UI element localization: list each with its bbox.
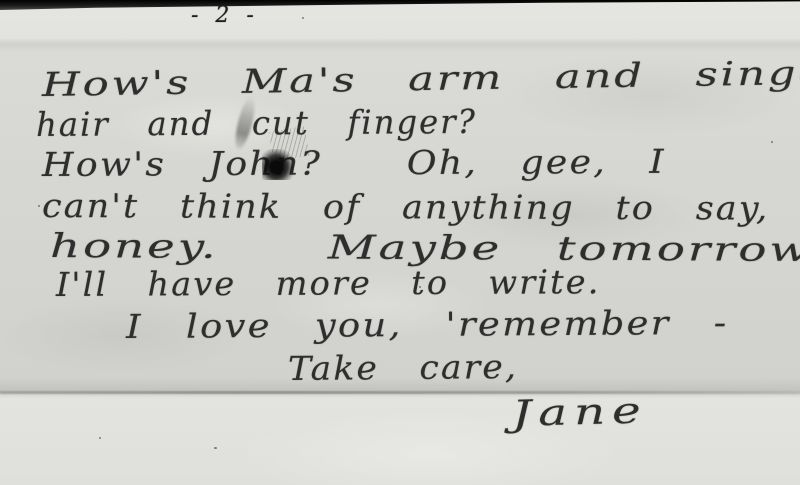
letter-line-1: How's Ma's arm and singed xyxy=(42,53,800,104)
paper-speck xyxy=(214,447,217,449)
paper-speck xyxy=(99,437,101,439)
letter-line-7: I love you, 'remember - xyxy=(126,304,729,346)
fold-crease xyxy=(0,391,800,394)
letter-line-6: I'll have more to write. xyxy=(56,263,601,304)
page-number: - 2 - xyxy=(191,3,259,28)
letter-line-3: How's John? Oh, gee, I xyxy=(42,143,666,184)
letter-line-8: Take care, xyxy=(288,348,518,388)
letter-line-4: can't think of anything to say, xyxy=(42,187,769,227)
paper-speck xyxy=(38,205,40,207)
letter-page: - 2 - How's Ma's arm and singed hair and… xyxy=(0,0,800,485)
signature: Jane xyxy=(511,390,648,435)
scan-edge xyxy=(0,0,800,10)
letter-line-2: hair and cut finger? xyxy=(36,103,477,144)
paper-speck xyxy=(302,17,304,19)
ink-blot xyxy=(262,149,294,180)
paper-speck xyxy=(419,286,421,288)
paper-speck xyxy=(771,141,773,143)
